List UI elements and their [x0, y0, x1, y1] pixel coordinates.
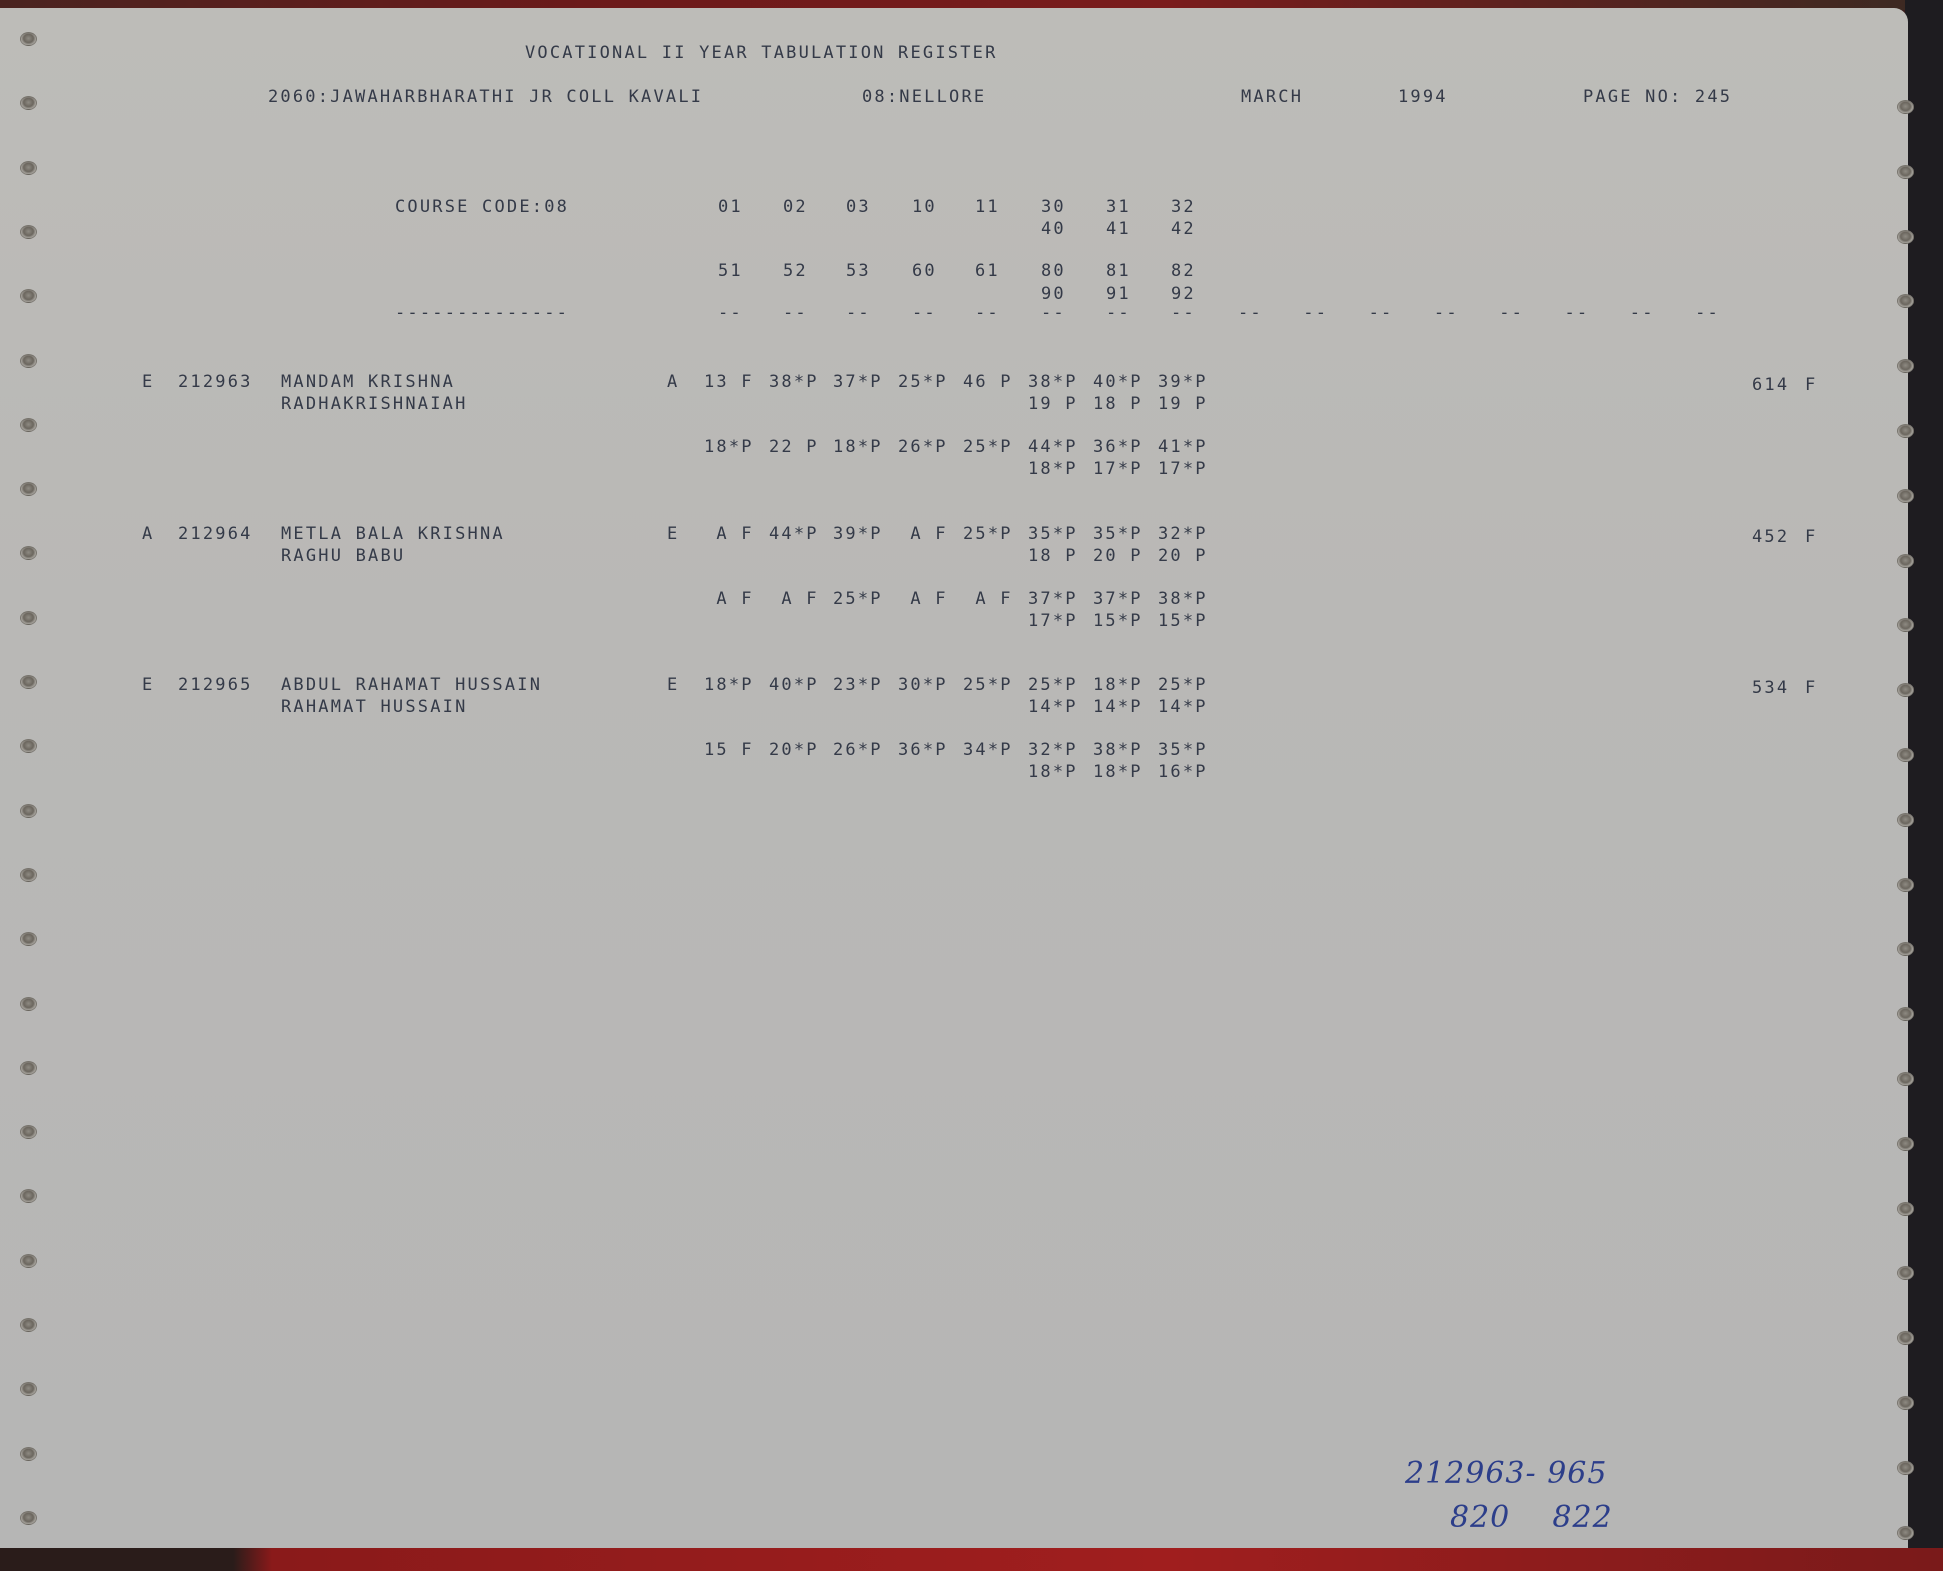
subject-code-sub: 40	[1041, 219, 1066, 239]
exam-year: 1994	[1398, 87, 1448, 107]
binder-hole-left	[20, 611, 37, 625]
subject-mark: 26*P	[833, 740, 883, 760]
handwritten-range-note: 212963- 965	[1405, 1456, 1607, 1491]
subject-code: 80	[1041, 261, 1066, 281]
student-name: ABDUL RAHAMAT HUSSAIN	[281, 675, 542, 695]
subject-mark: 41*P	[1158, 437, 1208, 457]
subject-mark: 35*P	[1093, 524, 1143, 544]
subject-mark: A F	[704, 524, 754, 544]
binder-hole-left	[20, 932, 37, 946]
binder-hole-left	[20, 289, 37, 303]
binder-hole-left	[20, 1447, 37, 1461]
column-separator: --	[1695, 303, 1720, 323]
subject-mark: 40*P	[1093, 372, 1143, 392]
column-separator: --	[1499, 303, 1524, 323]
binder-hole-right	[1897, 748, 1914, 762]
subject-mark-sub: 17*P	[1028, 611, 1078, 631]
subject-mark: 25*P	[963, 675, 1013, 695]
binder-hole-right	[1897, 813, 1914, 827]
exam-month: MARCH	[1241, 87, 1303, 107]
medium-code: E	[667, 675, 679, 695]
subject-mark: 37*P	[833, 372, 883, 392]
subject-mark: 46 P	[963, 372, 1013, 392]
subject-code: 52	[783, 261, 808, 281]
subject-code: 31	[1106, 197, 1131, 217]
subject-mark: 38*P	[1028, 372, 1078, 392]
subject-mark: 25*P	[1158, 675, 1208, 695]
total-marks: 614	[1752, 375, 1789, 395]
column-separator: --	[1369, 303, 1394, 323]
binder-hole-right	[1897, 489, 1914, 503]
medium-code: E	[667, 524, 679, 544]
subject-mark: 15 F	[704, 740, 754, 760]
column-separator: --	[1565, 303, 1590, 323]
subject-mark: 32*P	[1028, 740, 1078, 760]
binder-hole-right	[1897, 100, 1914, 114]
binder-hole-left	[20, 1511, 37, 1525]
subject-mark: 37*P	[1093, 589, 1143, 609]
result-status: F	[1805, 678, 1817, 698]
binder-hole-left	[20, 96, 37, 110]
binder-hole-right	[1897, 165, 1914, 179]
father-name: RAGHU BABU	[281, 546, 405, 566]
column-separator: --	[1303, 303, 1328, 323]
subject-mark-sub: 15*P	[1158, 611, 1208, 631]
subject-mark-sub: 20 P	[1093, 546, 1143, 566]
subject-mark: 36*P	[1093, 437, 1143, 457]
subject-mark: 30*P	[898, 675, 948, 695]
binder-hole-right	[1897, 554, 1914, 568]
subject-mark-sub: 19 P	[1028, 394, 1078, 414]
binder-hole-left	[20, 868, 37, 882]
column-separator: --	[783, 303, 808, 323]
student-name: METLA BALA KRISHNA	[281, 524, 505, 544]
header-underline: --------------	[395, 303, 569, 323]
subject-code: 01	[718, 197, 743, 217]
subject-code-sub: 42	[1171, 219, 1196, 239]
subject-mark-sub: 16*P	[1158, 762, 1208, 782]
hall-ticket-number: 212964	[178, 524, 253, 544]
subject-mark-sub: 14*P	[1093, 697, 1143, 717]
hall-ticket-number: 212963	[178, 372, 253, 392]
subject-mark: 13 F	[704, 372, 754, 392]
subject-code-sub: 90	[1041, 284, 1066, 304]
binder-hole-left	[20, 546, 37, 560]
subject-code: 10	[912, 197, 937, 217]
subject-mark: 25*P	[898, 372, 948, 392]
subject-mark-sub: 17*P	[1093, 459, 1143, 479]
column-separator: --	[1238, 303, 1263, 323]
binder-hole-left	[20, 1125, 37, 1139]
subject-mark: 44*P	[769, 524, 819, 544]
binder-hole-right	[1897, 424, 1914, 438]
column-separator: --	[1434, 303, 1459, 323]
subject-mark: 35*P	[1158, 740, 1208, 760]
medium-code: A	[667, 372, 679, 392]
binder-hole-left	[20, 354, 37, 368]
binder-hole-left	[20, 1061, 37, 1075]
subject-mark: 23*P	[833, 675, 883, 695]
subject-mark-sub: 14*P	[1028, 697, 1078, 717]
binder-hole-left	[20, 1382, 37, 1396]
subject-code: 11	[975, 197, 1000, 217]
page-number: PAGE NO: 245	[1583, 87, 1732, 107]
subject-mark: 25*P	[833, 589, 883, 609]
subject-code-sub: 41	[1106, 219, 1131, 239]
subject-code: 51	[718, 261, 743, 281]
binder-hole-left	[20, 1189, 37, 1203]
binder-hole-left	[20, 1254, 37, 1268]
subject-mark: A F	[898, 589, 948, 609]
subject-code: 03	[846, 197, 871, 217]
column-separator: --	[1630, 303, 1655, 323]
binder-hole-right	[1897, 1526, 1914, 1540]
column-separator: --	[1171, 303, 1196, 323]
subject-mark-sub: 18*P	[1028, 459, 1078, 479]
result-status: F	[1805, 527, 1817, 547]
binder-hole-left	[20, 482, 37, 496]
subject-mark: A F	[704, 589, 754, 609]
handwritten-numbers-note: 820 822	[1450, 1500, 1613, 1535]
subject-code: 82	[1171, 261, 1196, 281]
subject-mark: 18*P	[833, 437, 883, 457]
subject-mark: 38*P	[1093, 740, 1143, 760]
student-flag: E	[142, 675, 154, 695]
total-marks: 452	[1752, 527, 1789, 547]
subject-mark-sub: 18 P	[1028, 546, 1078, 566]
binder-hole-right	[1897, 1072, 1914, 1086]
subject-mark: 40*P	[769, 675, 819, 695]
subject-mark: 18*P	[704, 437, 754, 457]
subject-code: 30	[1041, 197, 1066, 217]
subject-mark-sub: 18 P	[1093, 394, 1143, 414]
column-separator: --	[1041, 303, 1066, 323]
subject-mark: A F	[898, 524, 948, 544]
register-title: VOCATIONAL II YEAR TABULATION REGISTER	[525, 43, 998, 63]
printout-page: VOCATIONAL II YEAR TABULATION REGISTER 2…	[0, 8, 1908, 1548]
binder-edge-bottom	[0, 1548, 1943, 1571]
total-marks: 534	[1752, 678, 1789, 698]
subject-mark: 18*P	[704, 675, 754, 695]
subject-mark: 39*P	[1158, 372, 1208, 392]
binder-hole-left	[20, 32, 37, 46]
binder-hole-left	[20, 675, 37, 689]
binder-hole-right	[1897, 1137, 1914, 1151]
subject-mark: A F	[769, 589, 819, 609]
subject-mark: 25*P	[1028, 675, 1078, 695]
subject-code: 61	[975, 261, 1000, 281]
subject-mark: 32*P	[1158, 524, 1208, 544]
binder-hole-right	[1897, 230, 1914, 244]
subject-code-sub: 92	[1171, 284, 1196, 304]
district-name: 08:NELLORE	[862, 87, 986, 107]
binder-hole-right	[1897, 1396, 1914, 1410]
subject-mark: 26*P	[898, 437, 948, 457]
student-name: MANDAM KRISHNA	[281, 372, 455, 392]
column-separator: --	[975, 303, 1000, 323]
subject-mark: A F	[963, 589, 1013, 609]
student-flag: E	[142, 372, 154, 392]
binder-hole-left	[20, 804, 37, 818]
subject-mark: 38*P	[769, 372, 819, 392]
subject-mark-sub: 17*P	[1158, 459, 1208, 479]
college-name: 2060:JAWAHARBHARATHI JR COLL KAVALI	[268, 87, 703, 107]
binder-hole-left	[20, 161, 37, 175]
subject-mark: 44*P	[1028, 437, 1078, 457]
subject-code: 32	[1171, 197, 1196, 217]
subject-mark: 35*P	[1028, 524, 1078, 544]
subject-mark-sub: 18*P	[1093, 762, 1143, 782]
binder-hole-right	[1897, 1202, 1914, 1216]
subject-mark: 34*P	[963, 740, 1013, 760]
subject-code: 02	[783, 197, 808, 217]
binder-hole-left	[20, 997, 37, 1011]
subject-mark: 25*P	[963, 437, 1013, 457]
column-separator: --	[1106, 303, 1131, 323]
subject-mark: 39*P	[833, 524, 883, 544]
subject-mark-sub: 18*P	[1028, 762, 1078, 782]
subject-mark-sub: 19 P	[1158, 394, 1208, 414]
column-separator: --	[718, 303, 743, 323]
subject-mark: 38*P	[1158, 589, 1208, 609]
subject-mark: 25*P	[963, 524, 1013, 544]
father-name: RAHAMAT HUSSAIN	[281, 697, 468, 717]
hall-ticket-number: 212965	[178, 675, 253, 695]
subject-mark-sub: 20 P	[1158, 546, 1208, 566]
subject-mark: 20*P	[769, 740, 819, 760]
father-name: RADHAKRISHNAIAH	[281, 394, 468, 414]
subject-code: 53	[846, 261, 871, 281]
column-separator: --	[846, 303, 871, 323]
binder-hole-left	[20, 739, 37, 753]
subject-mark: 22 P	[769, 437, 819, 457]
subject-mark: 37*P	[1028, 589, 1078, 609]
subject-mark: 18*P	[1093, 675, 1143, 695]
result-status: F	[1805, 375, 1817, 395]
subject-code-sub: 91	[1106, 284, 1131, 304]
student-flag: A	[142, 524, 154, 544]
binder-hole-right	[1897, 878, 1914, 892]
binder-hole-right	[1897, 1461, 1914, 1475]
binder-hole-left	[20, 418, 37, 432]
subject-code: 81	[1106, 261, 1131, 281]
subject-mark-sub: 14*P	[1158, 697, 1208, 717]
binder-hole-left	[20, 1318, 37, 1332]
column-separator: --	[912, 303, 937, 323]
subject-code: 60	[912, 261, 937, 281]
subject-mark: 36*P	[898, 740, 948, 760]
course-code-label: COURSE CODE:08	[395, 197, 569, 217]
subject-mark-sub: 15*P	[1093, 611, 1143, 631]
binder-hole-left	[20, 225, 37, 239]
